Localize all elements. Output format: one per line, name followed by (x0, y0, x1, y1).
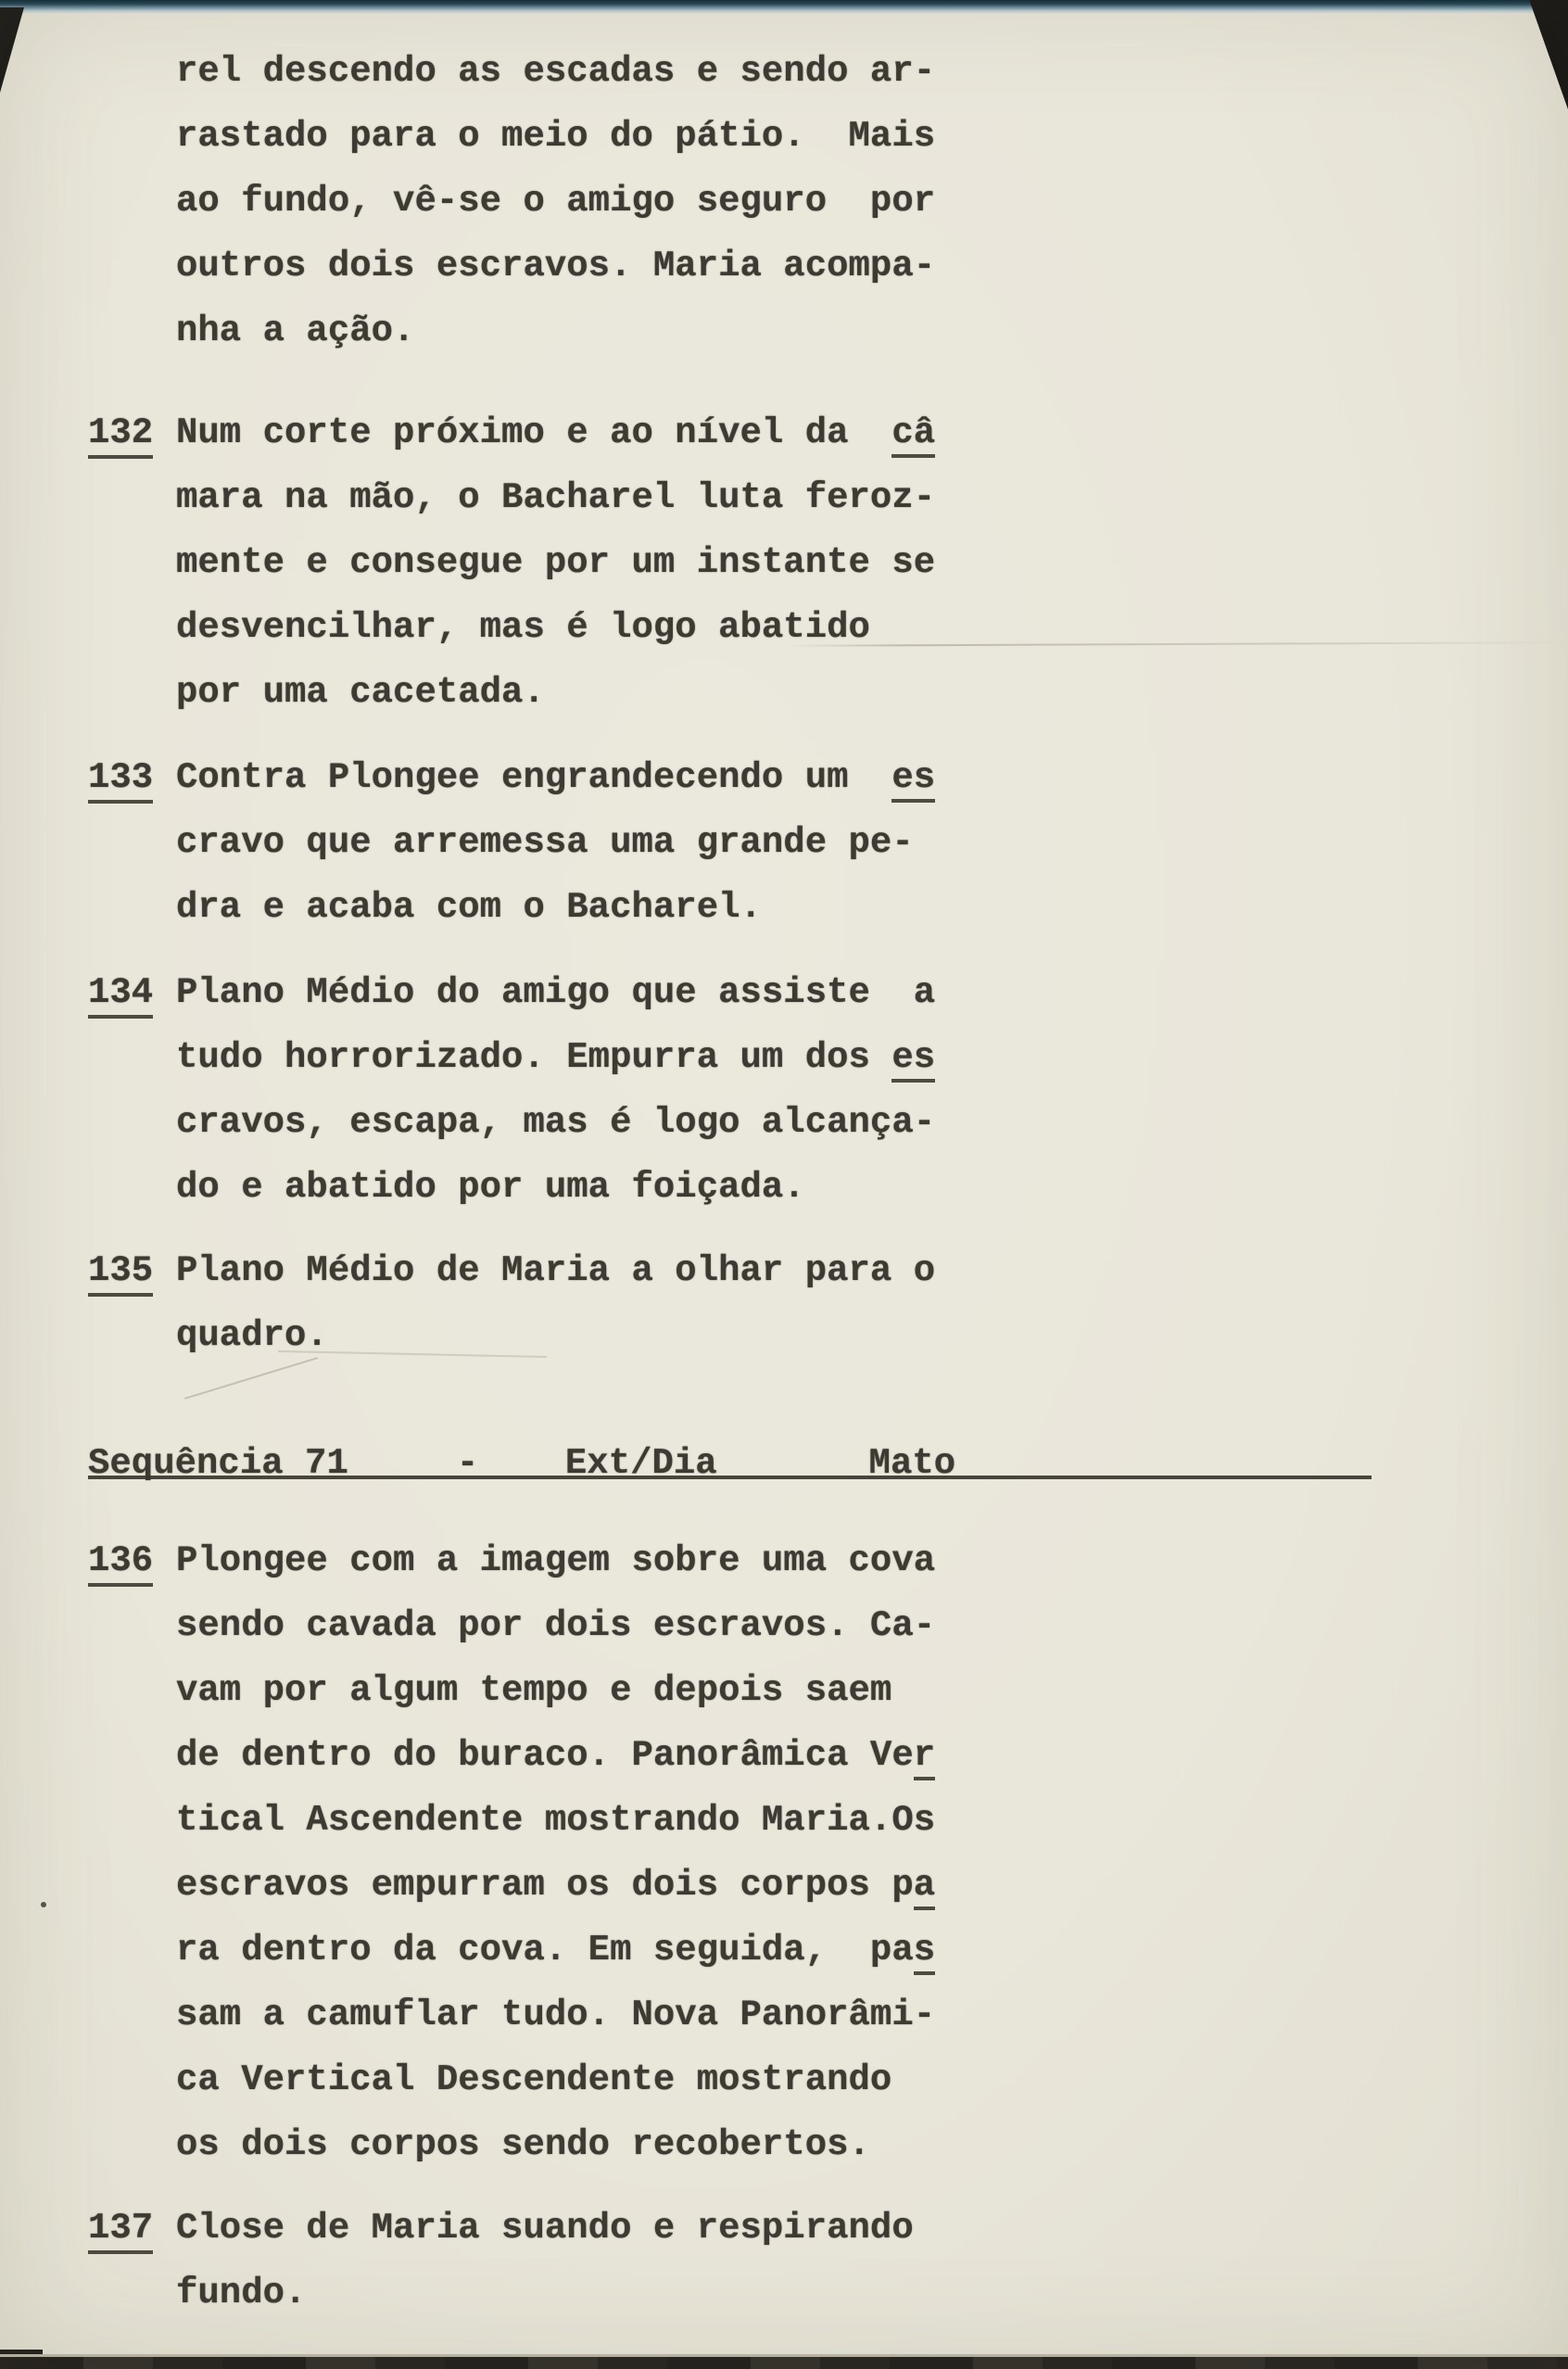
scene-paragraph-135: 135Plano Médio de Maria a olhar para oqu… (88, 1238, 1497, 1368)
scene-paragraph-137: 137Close de Maria suando e respirandofun… (88, 2196, 1497, 2325)
scene-paragraph-continuation: rel descendo as escadas e sendo ar-rasta… (88, 39, 1497, 363)
script-line: por uma cacetada. (176, 660, 1497, 725)
scene-lines: Contra Plongee engrandecendo um escravo … (176, 745, 1497, 940)
scene-lines: Plano Médio do amigo que assiste atudo h… (176, 960, 1497, 1220)
underlined-syllable: es (891, 757, 935, 803)
script-line: Plongee com a imagem sobre uma cova (176, 1528, 1497, 1593)
script-line: rel descendo as escadas e sendo ar- (176, 39, 1497, 104)
scene-number-text: 134 (88, 972, 153, 1019)
script-line: tudo horrorizado. Empurra um dos es (176, 1025, 1497, 1090)
script-line: Plano Médio do amigo que assiste a (176, 960, 1497, 1025)
scene-number: 132 (88, 400, 176, 465)
scene-number: 137 (88, 2196, 176, 2261)
scene-number-text: 137 (88, 2208, 153, 2254)
underlined-syllable: s (914, 1930, 935, 1975)
script-line: cravos, escapa, mas é logo alcança- (176, 1090, 1497, 1155)
script-line: Contra Plongee engrandecendo um es (176, 745, 1497, 810)
script-line: dra e acaba com o Bacharel. (176, 875, 1497, 940)
script-line: Plano Médio de Maria a olhar para o (176, 1238, 1497, 1303)
script-line: quadro. (176, 1303, 1497, 1368)
script-line: outros dois escravos. Maria acompa- (176, 234, 1497, 298)
script-line: Num corte próximo e ao nível da câ (176, 400, 1497, 465)
scene-number-text: 135 (88, 1250, 153, 1297)
script-line: vam por algum tempo e depois saem (176, 1658, 1497, 1723)
script-line: rastado para o meio do pátio. Mais (176, 104, 1497, 169)
scene-number-text: 136 (88, 1540, 153, 1587)
script-line: sendo cavada por dois escravos. Ca- (176, 1593, 1497, 1658)
script-line: os dois corpos sendo recobertos. (176, 2112, 1497, 2177)
script-line: ao fundo, vê-se o amigo seguro por (176, 169, 1497, 234)
sequence-header: Sequência 71 - Ext/Dia Mato (88, 1431, 1372, 1496)
script-line: cravo que arremessa uma grande pe- (176, 810, 1497, 875)
scene-lines: Num corte próximo e ao nível da câmara n… (176, 400, 1497, 725)
scene-lines: rel descendo as escadas e sendo ar-rasta… (176, 39, 1497, 363)
script-line: de dentro do buraco. Panorâmica Ver (176, 1723, 1497, 1788)
scene-paragraph-134: 134Plano Médio do amigo que assiste atud… (88, 960, 1497, 1220)
script-line: ca Vertical Descendente mostrando (176, 2047, 1497, 2112)
underlined-syllable: a (914, 1865, 935, 1910)
scene-paragraph-133: 133Contra Plongee engrandecendo um escra… (88, 745, 1497, 940)
scene-number (88, 39, 176, 104)
script-line: escravos empurram os dois corpos pa (176, 1853, 1497, 1918)
scene-lines: Plongee com a imagem sobre uma covasendo… (176, 1528, 1497, 2177)
script-line: mente e consegue por um instante se (176, 530, 1497, 595)
scene-paragraph-136: 136Plongee com a imagem sobre uma covase… (88, 1528, 1497, 2177)
document-scan: rel descendo as escadas e sendo ar-rasta… (0, 0, 1568, 2369)
scene-number: 133 (88, 745, 176, 810)
script-line: mara na mão, o Bacharel luta feroz- (176, 465, 1497, 530)
text-body: rel descendo as escadas e sendo ar-rasta… (88, 0, 1497, 2325)
ink-speck (41, 1902, 46, 1907)
underlined-syllable: r (914, 1735, 935, 1780)
scene-lines: Close de Maria suando e respirandofundo. (176, 2196, 1497, 2325)
script-line: desvencilhar, mas é logo abatido (176, 595, 1497, 660)
script-line: ra dentro da cova. Em seguida, pas (176, 1918, 1497, 1983)
scene-number-text: 133 (88, 757, 153, 804)
script-line: tical Ascendente mostrando Maria.Os (176, 1788, 1497, 1853)
script-line: Close de Maria suando e respirando (176, 2196, 1497, 2261)
scene-paragraph-132: 132Num corte próximo e ao nível da câmar… (88, 400, 1497, 725)
page-corner-shadow-right (1514, 0, 1568, 109)
underlined-syllable: es (891, 1037, 935, 1083)
script-line: nha a ação. (176, 298, 1497, 363)
script-line: do e abatido por uma foiçada. (176, 1155, 1497, 1220)
underlined-syllable: câ (891, 412, 935, 458)
script-line: fundo. (176, 2261, 1497, 2325)
scene-number: 134 (88, 960, 176, 1025)
page-bottom-edge (0, 2354, 1568, 2369)
script-line: sam a camuflar tudo. Nova Panorâmi- (176, 1983, 1497, 2047)
scene-number-text: 132 (88, 412, 153, 459)
scene-lines: Plano Médio de Maria a olhar para oquadr… (176, 1238, 1497, 1368)
page-corner-shadow-left (0, 7, 24, 93)
scene-number: 135 (88, 1238, 176, 1303)
scene-number: 136 (88, 1528, 176, 1593)
